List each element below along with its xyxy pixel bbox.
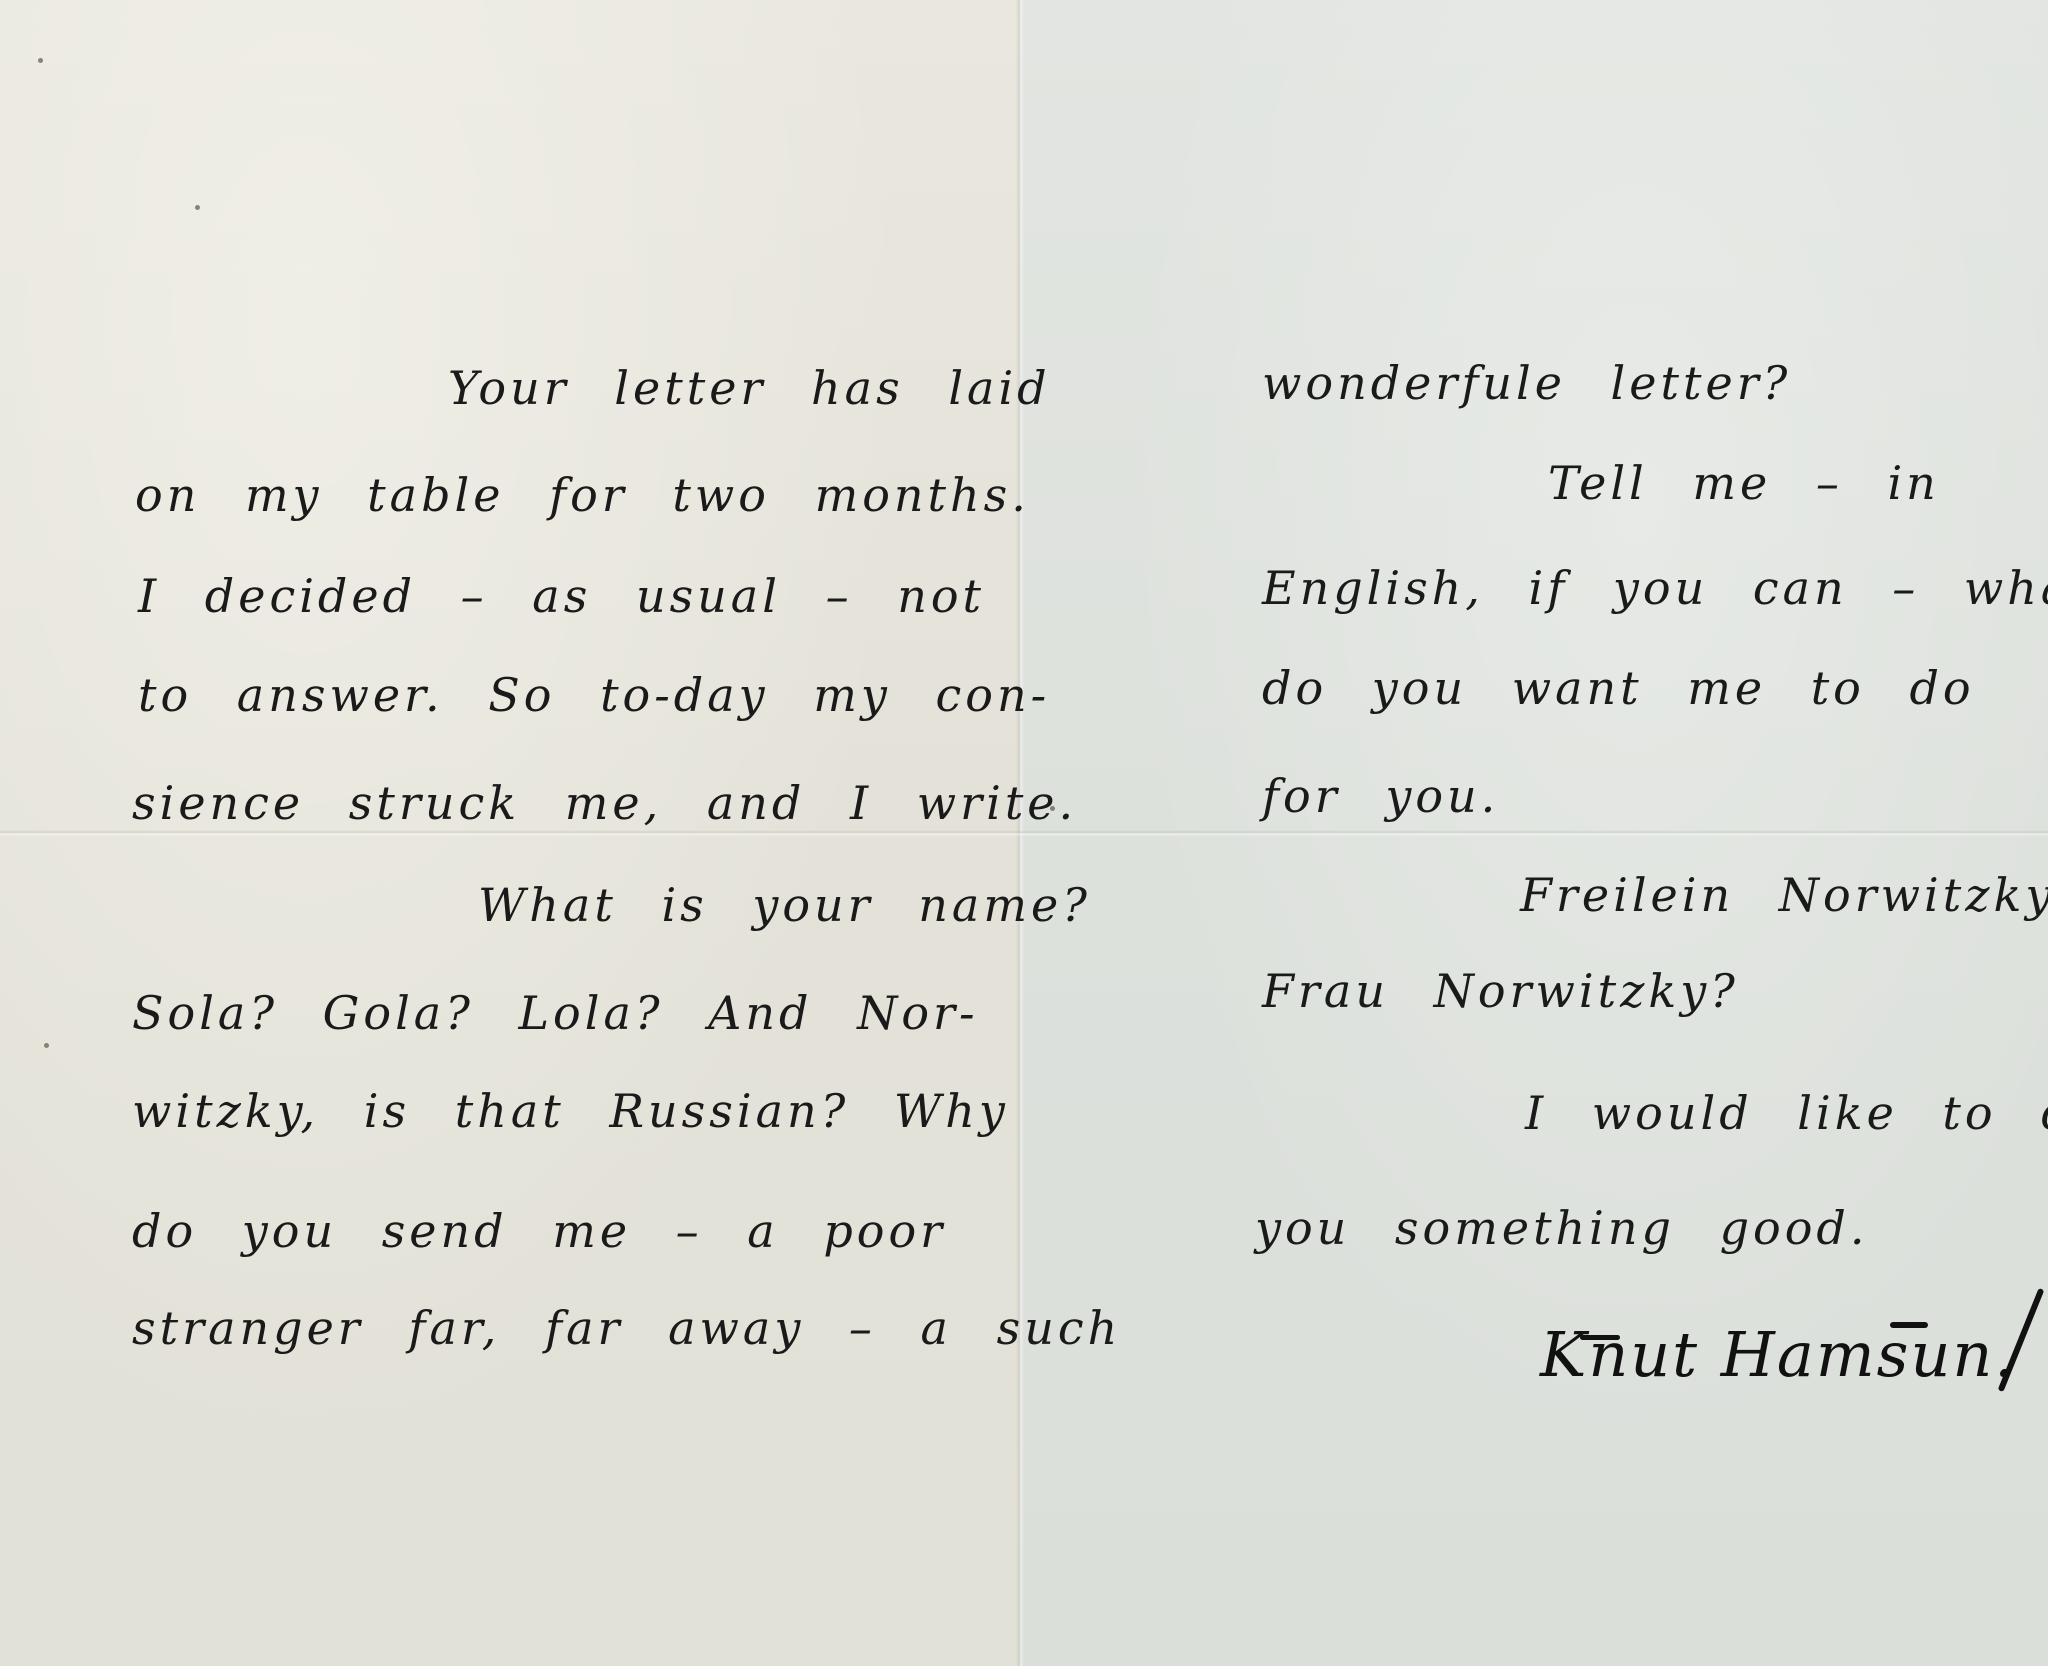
letter-line: I would like to do xyxy=(1525,1090,2048,1136)
signature: Knut Hamsun. xyxy=(1540,1318,2016,1391)
signature-stroke xyxy=(1890,1322,1928,1328)
letter-line: for you. xyxy=(1262,773,1499,819)
letter-line: I decided – as usual – not xyxy=(138,573,985,619)
letter-line: on my table for two months. xyxy=(135,472,1030,518)
letter-line: English, if you can – what xyxy=(1262,565,2048,611)
letter-line: Sola? Gola? Lola? And Nor- xyxy=(132,990,979,1036)
letter-line: do you send me – a poor xyxy=(132,1208,946,1254)
signature-stroke xyxy=(1580,1335,1620,1340)
letter-line: Tell me – in xyxy=(1548,460,1940,506)
letter-line: sience struck me, and I write. xyxy=(132,780,1077,826)
letter-line: Frau Norwitzky? xyxy=(1262,968,1739,1014)
letter-line: witzky, is that Russian? Why xyxy=(132,1088,1009,1134)
letter-line: Freilein Norwitzky? xyxy=(1520,872,2048,918)
letter-line: stranger far, far away – a such xyxy=(132,1305,1121,1351)
paper-speck xyxy=(38,58,43,63)
paper-speck xyxy=(195,205,200,210)
letter-sheet: Your letter has laid on my table for two… xyxy=(0,0,2048,1666)
letter-line: to answer. So to-day my con- xyxy=(138,672,1050,718)
letter-line: do you want me to do xyxy=(1262,665,1975,711)
letter-line: What is your name? xyxy=(478,882,1091,928)
horizontal-fold-crease xyxy=(0,830,2048,836)
letter-line: Your letter has laid xyxy=(448,365,1051,411)
letter-line: you something good. xyxy=(1255,1205,1869,1251)
paper-speck xyxy=(44,1043,49,1048)
letter-line: wonderfule letter? xyxy=(1262,360,1791,406)
